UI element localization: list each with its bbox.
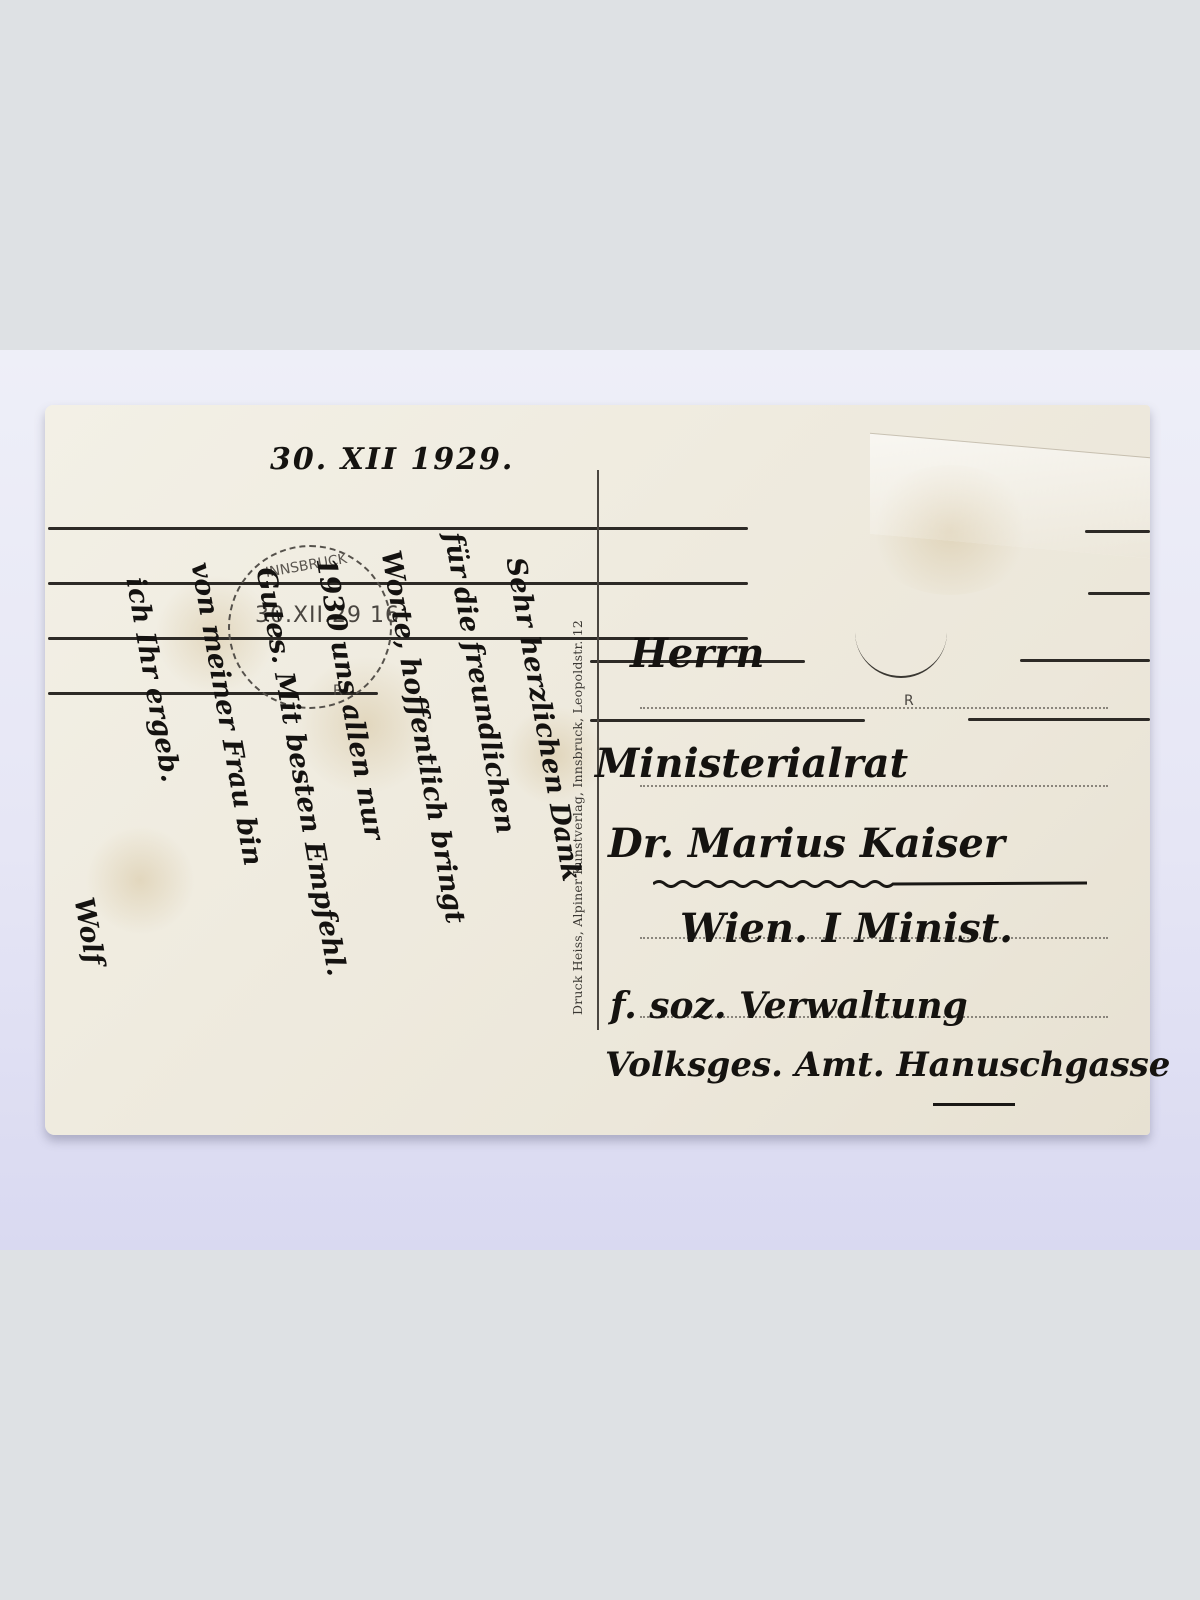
cancel-line bbox=[1088, 592, 1150, 595]
street-underline bbox=[933, 1103, 1015, 1106]
address-title: Ministerialrat bbox=[595, 740, 908, 787]
name-underline bbox=[653, 878, 1087, 888]
address-name: Dr. Marius Kaiser bbox=[608, 820, 1005, 867]
address-salutation: Herrn bbox=[630, 630, 764, 677]
cancel-line bbox=[1085, 530, 1150, 533]
cancel-line bbox=[48, 527, 748, 530]
address-city: Wien. I Minist. bbox=[680, 905, 1013, 952]
cancel-line bbox=[590, 719, 865, 722]
cancel-line bbox=[968, 718, 1150, 721]
handwritten-date: 30. XII 1929. bbox=[270, 442, 514, 477]
address-department: f. soz. Verwaltung bbox=[610, 985, 968, 1027]
address-line bbox=[640, 707, 1108, 709]
cancel-line bbox=[1020, 659, 1150, 662]
address-street: Volksges. Amt. Hanuschgasse bbox=[605, 1045, 1170, 1085]
